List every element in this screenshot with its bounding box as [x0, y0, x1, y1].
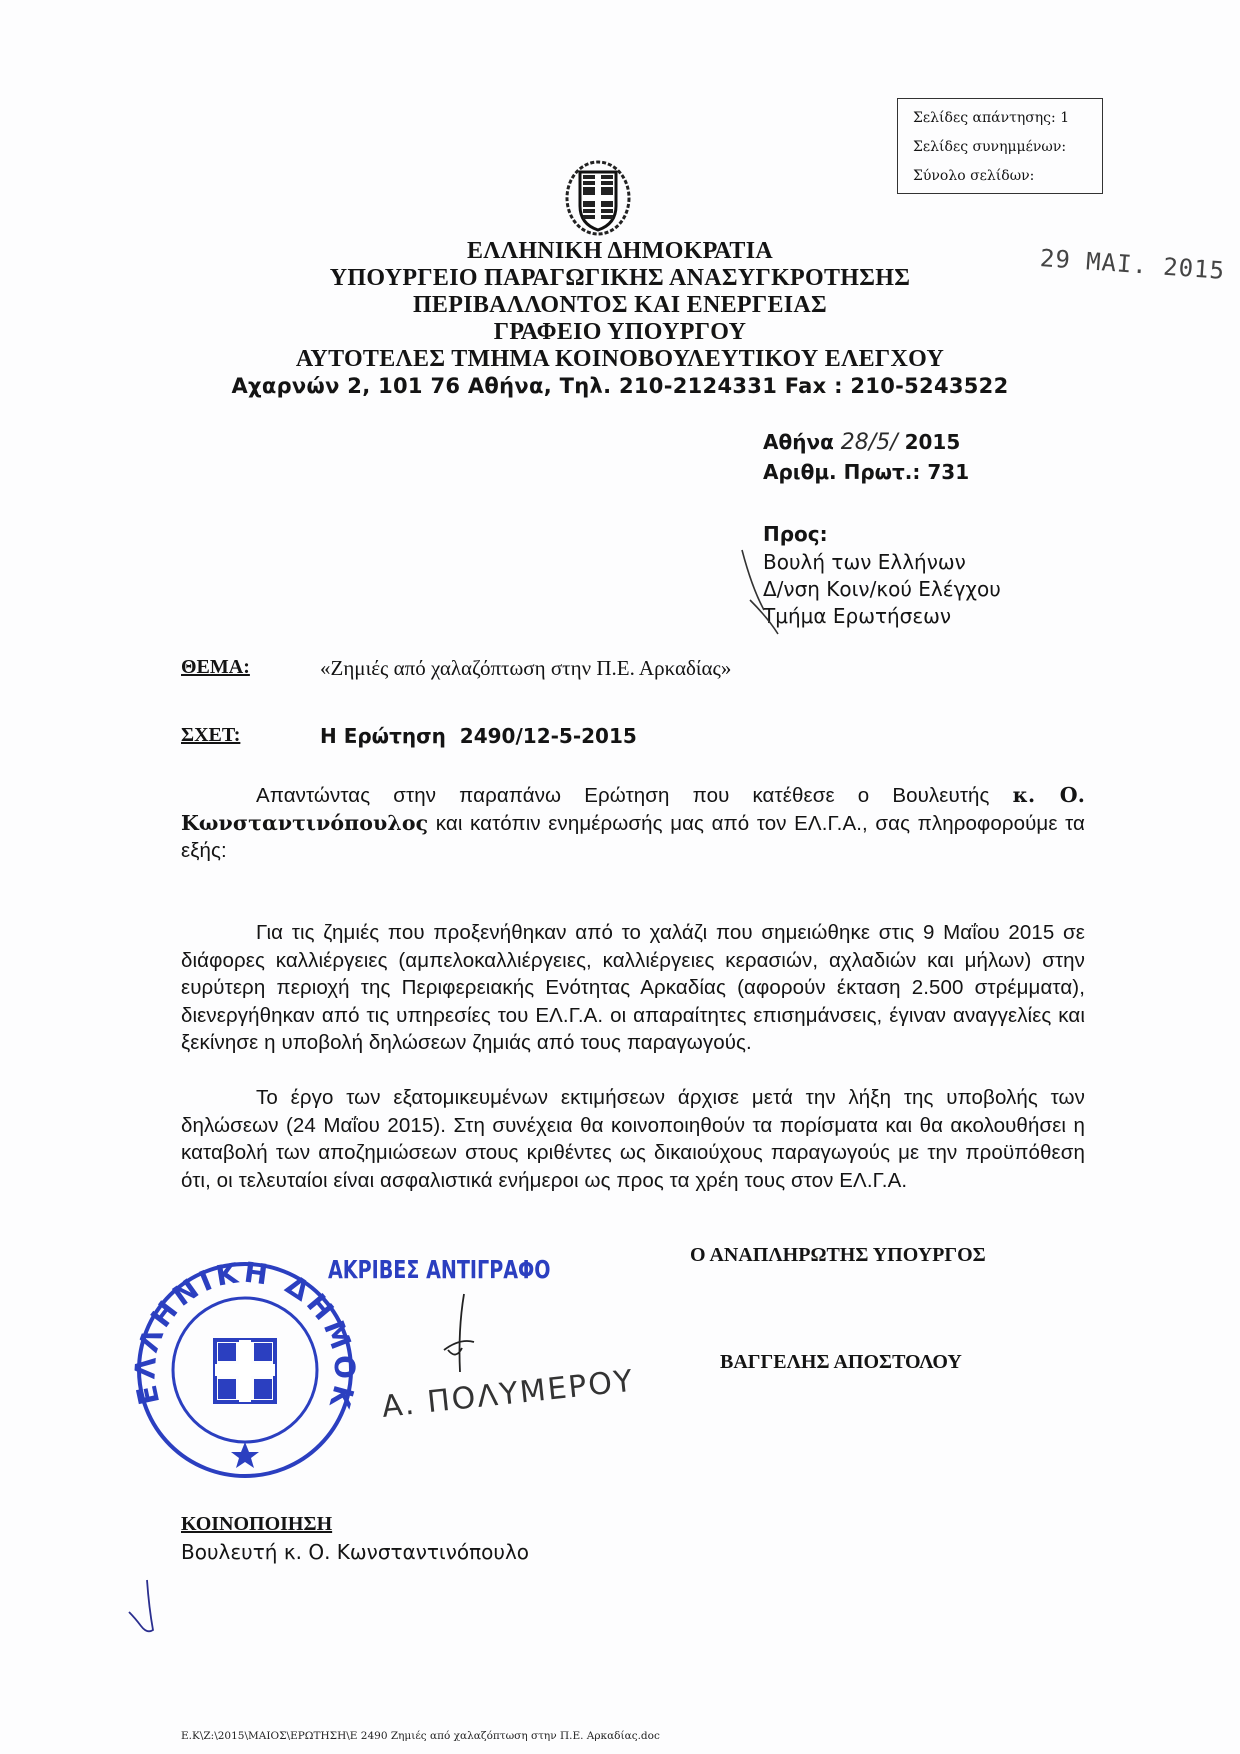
signatory-name: ΒΑΓΓΕΛΗΣ ΑΠΟΣΤΟΛΟΥ: [720, 1351, 962, 1374]
header-address: Αχαρνών 2, 101 76 Αθήνα, Τηλ. 210-212433…: [0, 373, 1240, 400]
certifier-name: Α. ΠΟΛΥΜΕΡΟΥ: [380, 1364, 636, 1425]
subject-text: «Ζημιές από χαλαζόπτωση στην Π.Ε. Αρκαδί…: [320, 656, 731, 681]
handwritten-date: 28/5/: [841, 430, 898, 455]
recipient-block: Βουλή των Ελλήνων Δ/νση Κοιν/κού Ελέγχου…: [763, 549, 1001, 630]
recipient-line: Τμήμα Ερωτήσεων: [763, 603, 1001, 630]
header-ministry-cont: ΠΕΡΙΒΑΛΛΟΝΤΟΣ ΚΑΙ ΕΝΕΡΓΕΙΑΣ: [0, 292, 1240, 319]
body-p1-start: Απαντώντας στην παραπάνω Ερώτηση που κατ…: [256, 784, 1013, 807]
certified-copy-stamp: ΑΚΡΙΒΕΣ ΑΝΤΙΓΡΑΦΟ: [328, 1255, 551, 1284]
pages-total-count: Σύνολο σελίδων:: [913, 162, 1102, 191]
cc-label: ΚΟΙΝΟΠΟΙΗΣΗ: [181, 1513, 332, 1536]
document-date: Αθήνα 28/5/ 2015: [763, 430, 960, 455]
protocol-value: 731: [927, 460, 969, 484]
greek-coat-of-arms-icon: [564, 158, 632, 238]
reference-label: ΣΧΕΤ:: [181, 724, 240, 747]
reference-text: Η Ερώτηση 2490/12-5-2015: [320, 724, 637, 748]
header-office: ΓΡΑΦΕΙΟ ΥΠΟΥΡΓΟΥ: [0, 319, 1240, 346]
handwritten-tick-icon: [125, 1578, 165, 1638]
subject-label: ΘΕΜΑ:: [181, 656, 250, 679]
cc-recipient: Βουλευτή κ. Ο. Κωνσταντινόπουλο: [181, 1540, 529, 1564]
recipient-line: Δ/νση Κοιν/κού Ελέγχου: [763, 576, 1001, 603]
header-republic: ΕΛΛΗΝΙΚΗ ΔΗΜΟΚΡΑΤΙΑ: [0, 238, 1240, 265]
date-year: 2015: [905, 430, 961, 454]
footer-file-path: Ε.Κ\Z:\2015\ΜΑΙΟΣ\ΕΡΩΤΗΣΗ\Ε 2490 Ζημιές …: [181, 1730, 660, 1742]
official-seal-icon: ΕΛΛΗΝΙΚΗ ΔΗΜΟΚΡΑΤΙΑ: [130, 1252, 360, 1482]
header-department: ΑΥΤΟΤΕΛΕΣ ΤΜΗΜΑ ΚΟΙΝΟΒΟΥΛΕΥΤΙΚΟΥ ΕΛΕΓΧΟΥ: [0, 346, 1240, 373]
pages-reply-count: Σελίδες απάντησης: 1: [913, 104, 1102, 133]
body-paragraph-2: Για τις ζημιές που προξενήθηκαν από το χ…: [181, 919, 1085, 1057]
pages-count-box: Σελίδες απάντησης: 1 Σελίδες συνημμένων:…: [897, 98, 1103, 194]
header-ministry: ΥΠΟΥΡΓΕΙΟ ΠΑΡΑΓΩΓΙΚΗΣ ΑΝΑΣΥΓΚΡΟΤΗΣΗΣ: [0, 265, 1240, 292]
recipient-line: Βουλή των Ελλήνων: [763, 549, 1001, 576]
handwritten-check-mark-icon: [738, 548, 788, 638]
body-paragraph-1: Απαντώντας στην παραπάνω Ερώτηση που κατ…: [181, 782, 1085, 865]
recipient-label: Προς:: [763, 522, 828, 546]
signatory-title: Ο ΑΝΑΠΛΗΡΩΤΗΣ ΥΠΟΥΡΓΟΣ: [690, 1244, 986, 1267]
protocol-label: Αριθμ. Πρωτ.:: [763, 460, 920, 484]
date-city: Αθήνα: [763, 430, 834, 454]
protocol-number: Αριθμ. Πρωτ.: 731: [763, 460, 969, 484]
pages-attachments-count: Σελίδες συνημμένων:: [913, 133, 1102, 162]
handwritten-signature-icon: [430, 1290, 490, 1380]
body-paragraph-3: Το έργο των εξατομικευμένων εκτιμήσεων ά…: [181, 1084, 1085, 1194]
